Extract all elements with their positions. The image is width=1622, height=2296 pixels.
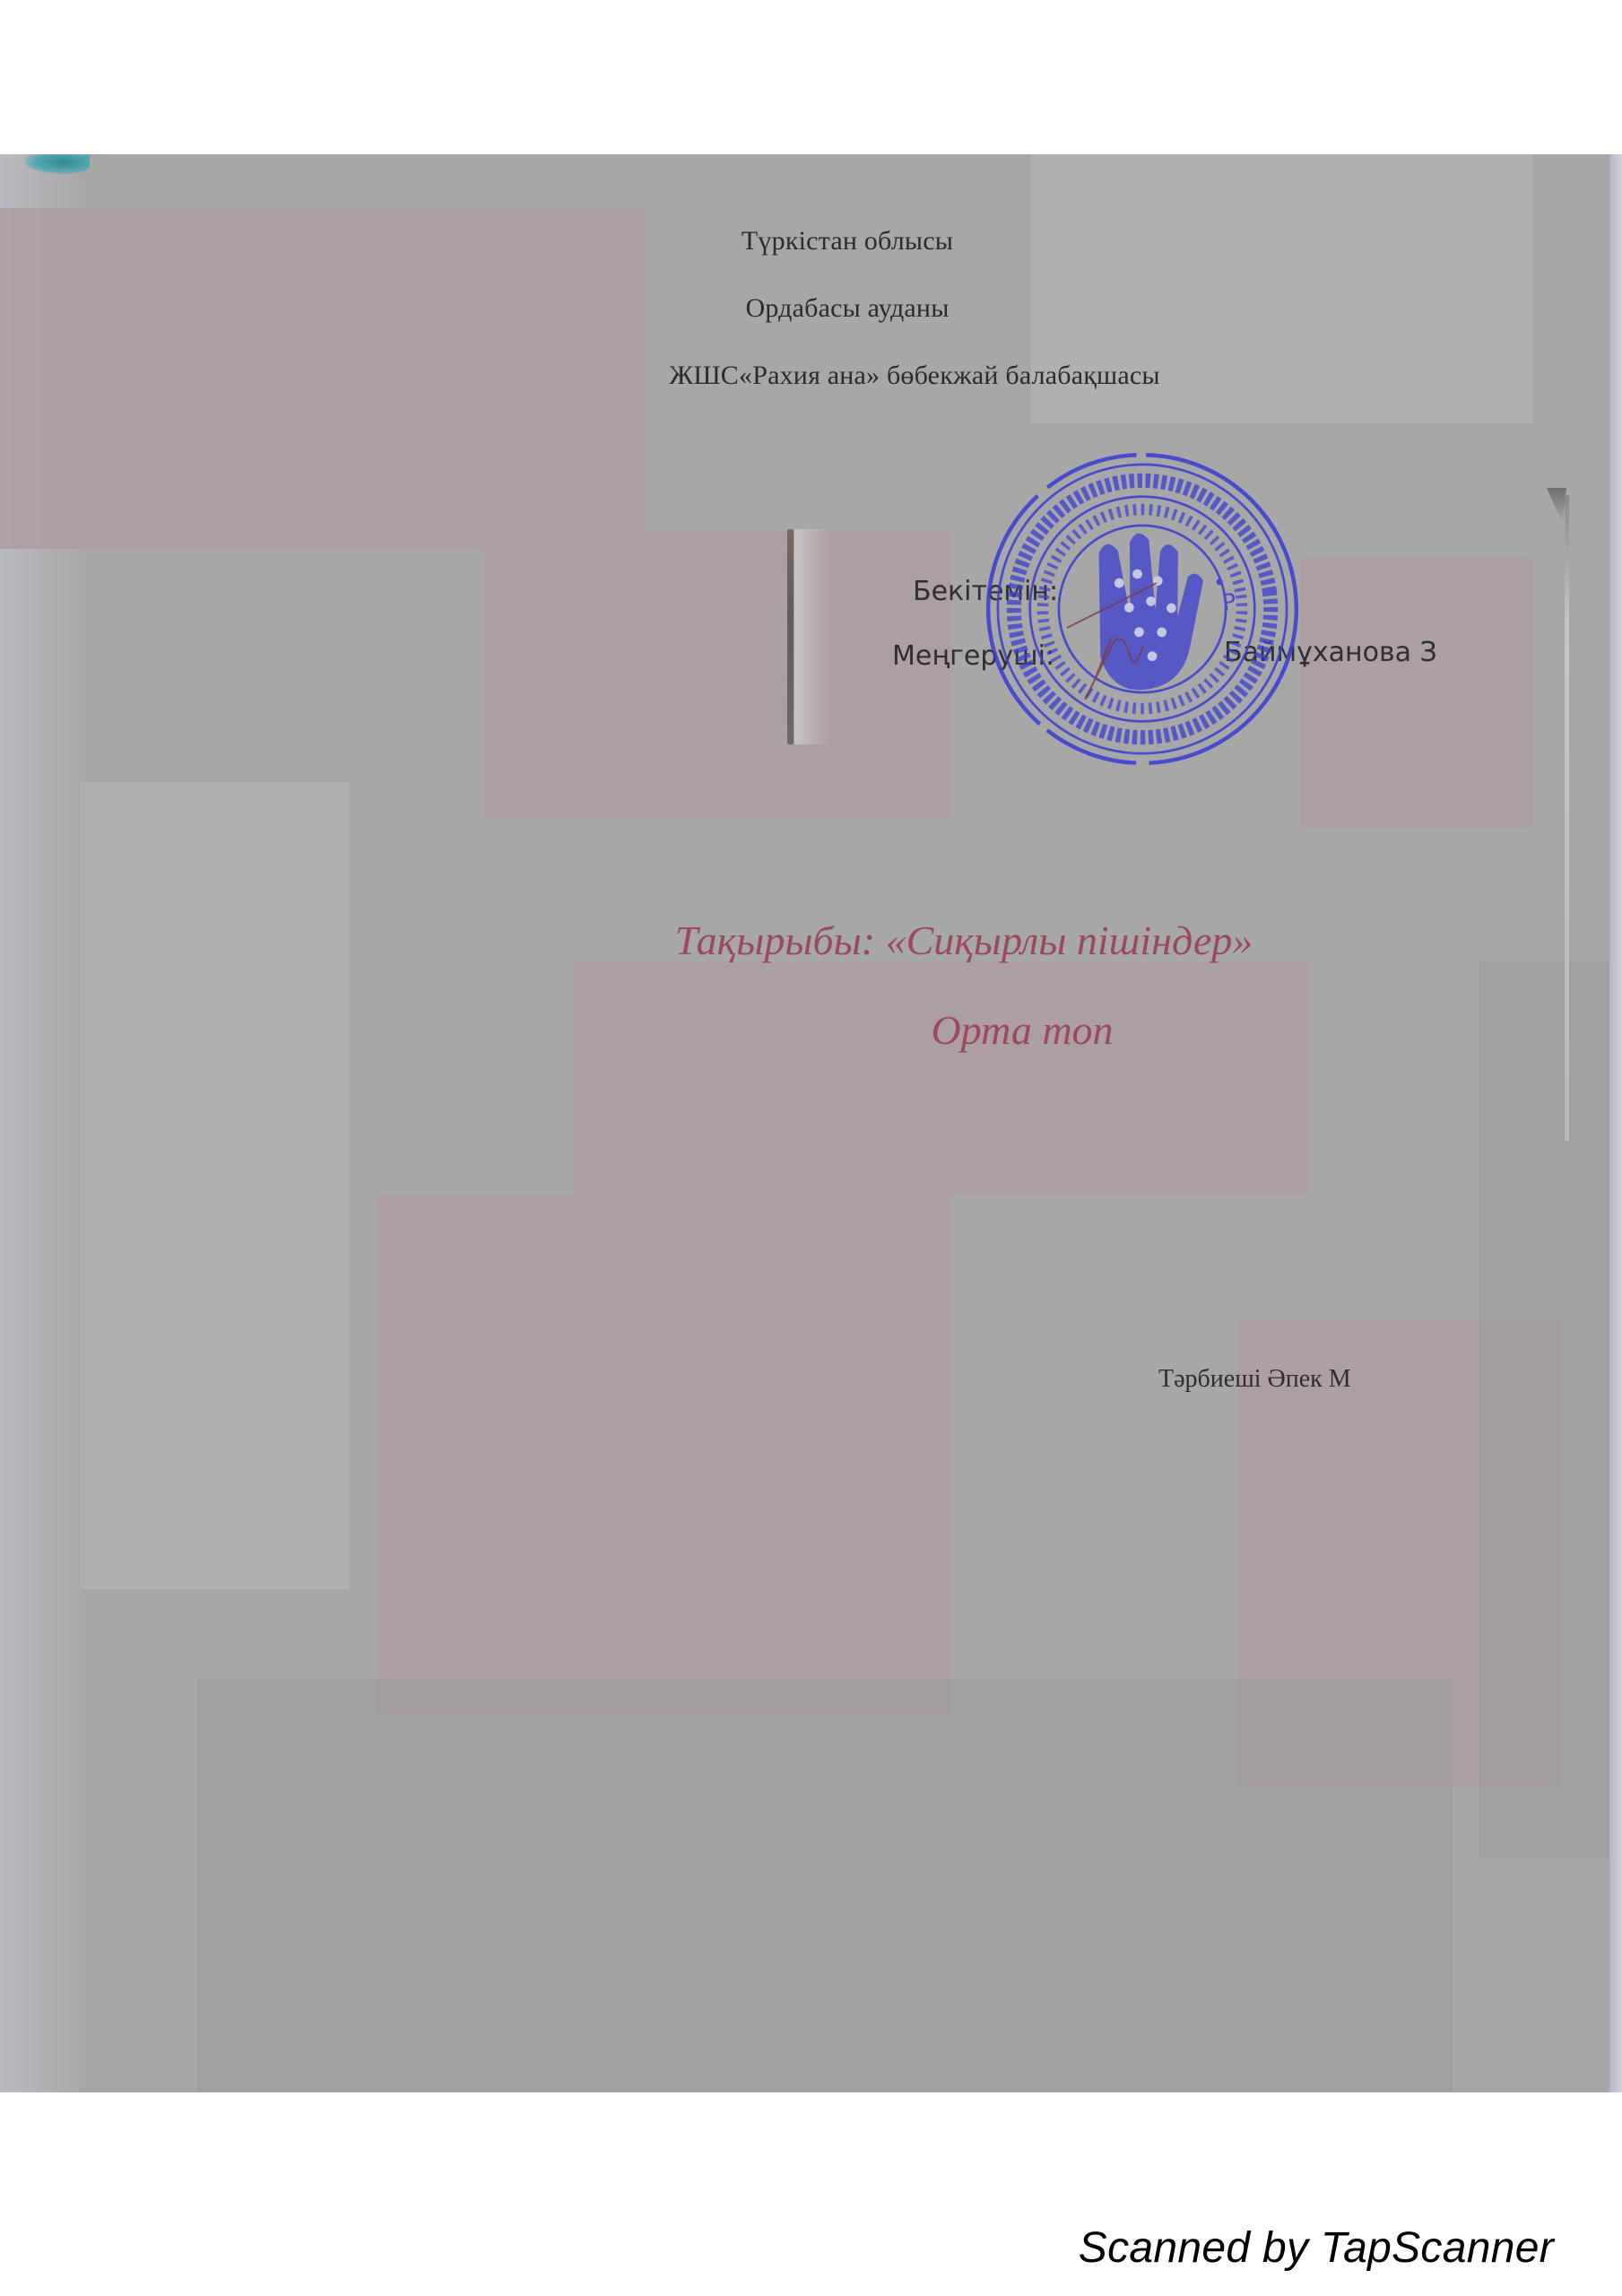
page-right-edge bbox=[1609, 154, 1622, 2092]
paper-fold-edge bbox=[787, 529, 794, 744]
tint-blotch bbox=[1479, 961, 1609, 1858]
document-topic-title: Тақырыбы: «Сиқырлы пішіндер» bbox=[675, 917, 1253, 964]
tint-blotch bbox=[377, 1195, 950, 1715]
page-left-edge-shade bbox=[0, 154, 81, 2092]
tint-blotch bbox=[81, 782, 350, 1589]
teacher-name: Тәрбиешi Әпек М bbox=[1158, 1365, 1351, 1394]
tint-blotch bbox=[484, 531, 950, 818]
tint-blotch bbox=[1300, 558, 1533, 827]
scanner-watermark: Scanned by TapScanner bbox=[1079, 2223, 1554, 2273]
tint-blotch bbox=[197, 1679, 1453, 2092]
header-institution: ЖШС«Рахия ана» бөбекжай балабақшасы bbox=[669, 361, 1159, 391]
handwritten-signature-icon bbox=[1058, 574, 1201, 709]
corner-ink-mark bbox=[25, 154, 90, 174]
paper-fold-highlight bbox=[794, 529, 830, 744]
paper-right-fold bbox=[1565, 495, 1569, 1141]
header-region: Түркістан облысы bbox=[742, 226, 953, 257]
tint-blotch bbox=[574, 961, 1309, 1195]
header-district: Ордабасы ауданы bbox=[745, 293, 949, 324]
paper-fold-shadow bbox=[1547, 488, 1566, 524]
tint-blotch bbox=[0, 208, 646, 549]
scanned-page-photo: Түркістан облысы Ордабасы ауданы ЖШС«Рах… bbox=[0, 154, 1622, 2092]
document-group-subtitle: Орта топ bbox=[931, 1006, 1113, 1054]
